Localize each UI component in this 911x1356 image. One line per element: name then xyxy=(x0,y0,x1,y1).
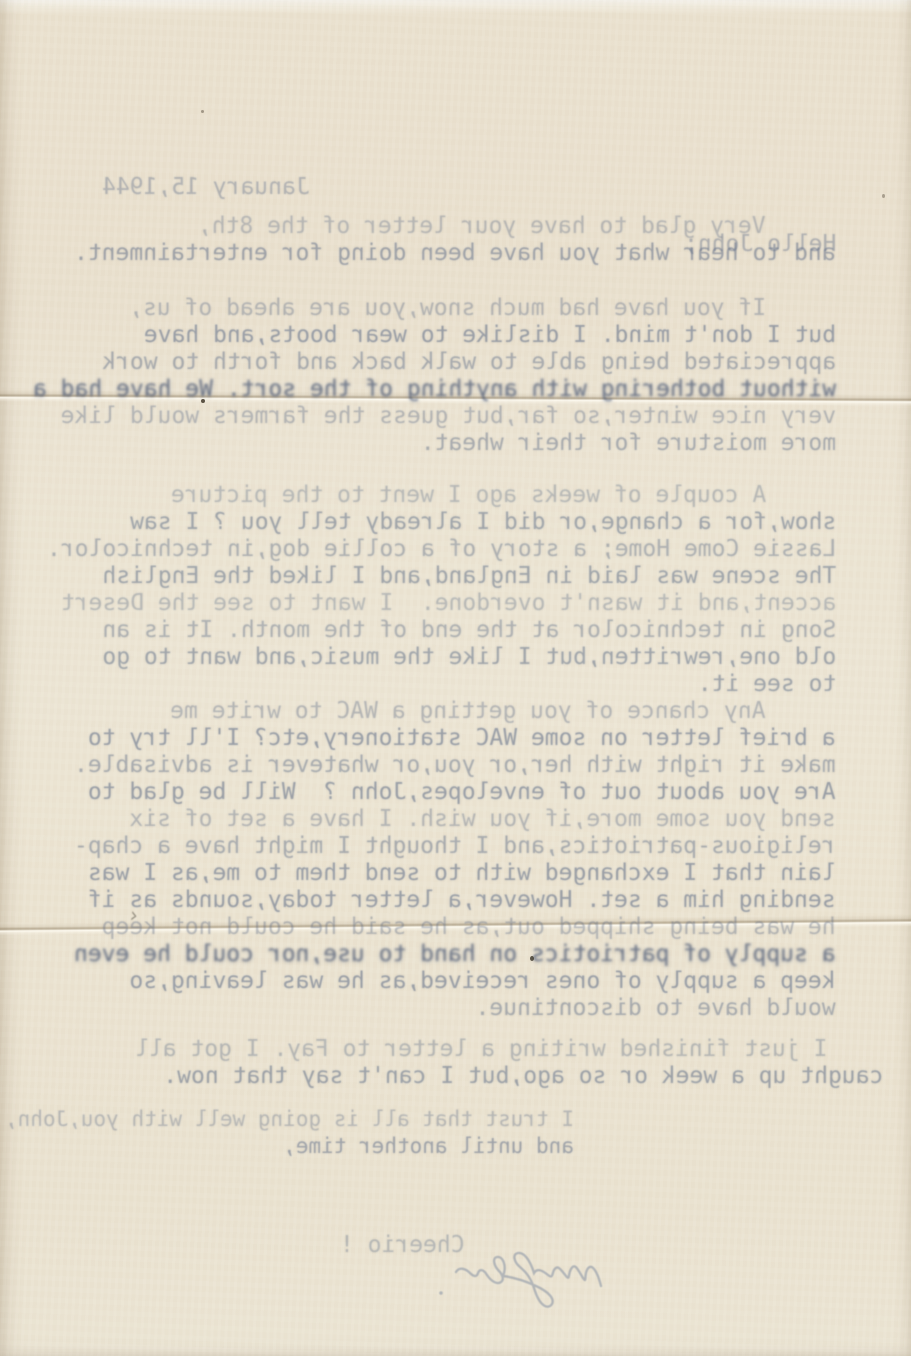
paragraph-4: Any chance of you getting a WAC to write… xyxy=(74,698,836,1022)
typed-line: keep a supply of ones received,as he was… xyxy=(74,968,836,995)
typed-line: very nice winter,so far,but guess the fa… xyxy=(33,403,836,430)
scanned-letter-page: January 15,1944 Hello John; Very glad to… xyxy=(0,0,911,1356)
typed-line: The scene was laid in England,and I like… xyxy=(47,563,836,590)
typed-line: more moisture for their wheat. xyxy=(33,430,836,457)
typed-line: old one,rewritten,but I like the music,a… xyxy=(47,644,836,671)
typed-line: a brief letter on some WAC stationery,et… xyxy=(74,725,836,752)
paragraph-3: A couple of weeks ago I went to the pict… xyxy=(47,482,836,698)
typed-line: make it right with her,or you,or whateve… xyxy=(74,752,836,779)
typed-line: he was being shipped out,as he said he c… xyxy=(74,914,836,941)
typed-line: appreciated being able to walk back and … xyxy=(33,349,836,376)
typed-line: January 15,1944 xyxy=(102,174,310,201)
paragraph-1: Very glad to have your letter of the 8th… xyxy=(74,213,836,267)
paragraph-6: I trust that all is going well with you,… xyxy=(5,1106,574,1160)
typed-line: but I don't mind. I dislike to wear boot… xyxy=(33,322,836,349)
typed-line: I just finished writing a letter to Fay.… xyxy=(135,1036,883,1063)
typed-line: lain that I exchanged with to send them … xyxy=(74,860,836,887)
typed-line: religious-patriotics,and I thought I mig… xyxy=(74,833,836,860)
typed-line: without bothering with anything of the s… xyxy=(33,376,836,403)
typed-line: sending him a set. However,a letter toda… xyxy=(74,887,836,914)
typed-line: and to hear what you have been doing for… xyxy=(74,240,836,267)
typed-line: to see it. xyxy=(47,671,836,698)
typed-line: Are you about out of envelopes,John ? Wi… xyxy=(74,779,836,806)
typed-line: I trust that all is going well with you,… xyxy=(5,1106,574,1133)
paragraph-2: If you have had much snow,you are ahead … xyxy=(33,295,836,457)
typed-line: and until another time, xyxy=(5,1133,574,1160)
typed-line: a supply of patriotics on hand to use,no… xyxy=(74,941,836,968)
paragraph-5: I just finished writing a letter to Fay.… xyxy=(135,1036,883,1090)
typed-line: A couple of weeks ago I went to the pict… xyxy=(47,482,836,509)
typed-line: Lassie Come Home; a story of a collie do… xyxy=(47,536,836,563)
typed-line: Any chance of you getting a WAC to write… xyxy=(74,698,836,725)
typed-line: send you some more,if you wish. I have a… xyxy=(74,806,836,833)
typed-line: would have to discontinue. xyxy=(74,995,836,1022)
typed-line: If you have had much snow,you are ahead … xyxy=(33,295,836,322)
typed-line: accent,and it wasn't overdone. I want to… xyxy=(47,590,836,617)
typed-line: Song in technicolor at the end of the mo… xyxy=(47,617,836,644)
typed-line: Very glad to have your letter of the 8th… xyxy=(74,213,836,240)
typed-line: caught up a week or so ago,but I can't s… xyxy=(135,1063,883,1090)
typed-line: show,for a change,or did I already tell … xyxy=(47,509,836,536)
handwritten-signature xyxy=(421,1244,611,1312)
